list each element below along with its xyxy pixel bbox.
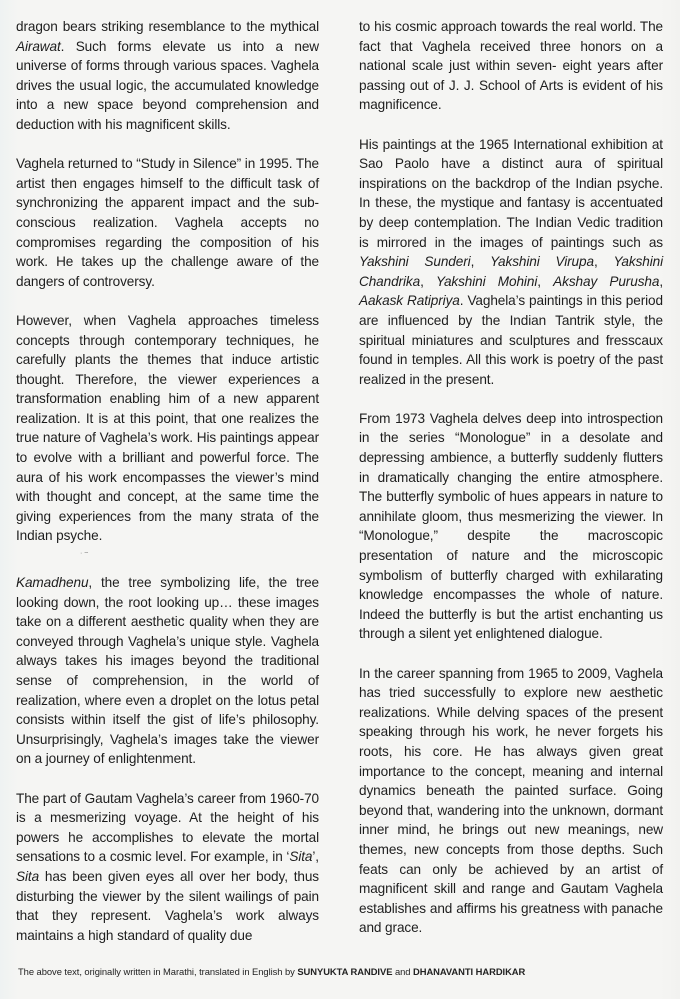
italic-name-sita: Sita [16,869,39,884]
italic-title-sita: Sita [289,849,312,864]
italic-title-airawat: Airawat [16,39,61,54]
document-page: dragon bears striking resemblance to the… [0,0,680,999]
italic-title: Akshay Purusha [553,274,659,289]
italic-title: Yakshini Sunderi [359,254,471,269]
paragraph-timeless-concepts: However, when Vaghela approaches timeles… [16,311,319,546]
right-column: to his cosmic approach towards the real … [359,17,663,938]
left-column: dragon bears striking resemblance to the… [16,17,319,945]
italic-title: Yakshini Mohini [436,274,537,289]
text-run: , the tree symbolizing life, the tree lo… [16,575,319,766]
print-speck: · ~ [80,550,88,557]
text-run: The part of Gautam Vaghela’s career from… [16,791,319,865]
text-run: . Such forms elevate us into a new unive… [16,39,319,132]
text-run: dragon bears striking resemblance to the… [16,19,319,34]
text-run: , [537,274,553,289]
paragraph-career-1965-2009: In the career spanning from 1965 to 2009… [359,664,663,938]
paragraph-monologue: From 1973 Vaghela delves deep into intro… [359,409,663,644]
italic-title: Yakshini Virupa [490,254,594,269]
text-run: , [594,254,614,269]
translator-name: SUNYUKTA RANDIVE [297,966,392,977]
paragraph-airawat: dragon bears striking resemblance to the… [16,17,319,135]
text-run: has been given eyes all over her body, t… [16,869,319,943]
paragraph-career-1960-70: The part of Gautam Vaghela’s career from… [16,789,319,946]
paragraph-kamadhenu: Kamadhenu, the tree symbolizing life, th… [16,573,319,769]
text-run: ’, [312,849,319,864]
text-run: His paintings at the 1965 International … [359,137,663,250]
translator-name: DHANAVANTI HARDIKAR [413,966,525,977]
text-run: , [659,274,663,289]
paragraph-1965-exhibition: His paintings at the 1965 International … [359,135,663,390]
text-run: , [471,254,491,269]
paragraph-study-in-silence: Vaghela returned to “Study in Silence” i… [16,154,319,291]
paragraph-national-honors: to his cosmic approach towards the real … [359,17,663,115]
italic-title-kamadhenu: Kamadhenu [16,575,88,590]
credit-joiner: and [392,966,413,977]
text-run: , [420,274,436,289]
italic-title: Aakask Ratipriya [359,293,460,308]
credit-prefix: The above text, originally written in Ma… [18,966,297,977]
translation-credit: The above text, originally written in Ma… [18,966,525,977]
